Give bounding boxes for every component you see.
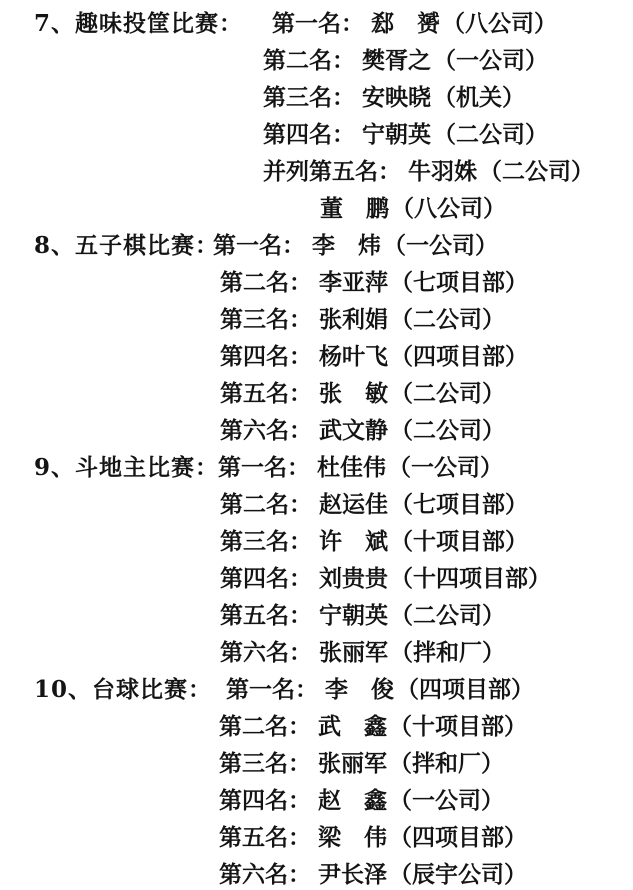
winner-org: （四项目部）	[390, 343, 528, 370]
winner-name: 宁朝英	[319, 602, 388, 629]
section-9-line-6: 第六名：张丽军（拌和厂）	[0, 634, 633, 671]
rank-label: 第三名：	[220, 528, 312, 555]
winner-org: （十四项目部）	[390, 565, 551, 592]
rank-label: 第四名：	[220, 343, 312, 370]
rank-label: 第二名：	[220, 269, 312, 296]
winner-org: （二公司）	[433, 121, 548, 148]
winner-org: （二公司）	[479, 158, 594, 185]
rank-label: 第四名：	[219, 787, 311, 814]
section-8-line-2: 第二名：李亚萍（七项目部）	[0, 264, 633, 301]
winner-name: 樊胥之	[362, 47, 431, 74]
section-7-line-5: 并列第五名：牛羽姝（二公司）	[0, 153, 633, 190]
rank-label: 第六名：	[219, 861, 311, 888]
winner-org: （七项目部）	[390, 269, 528, 296]
winner-name: 尹长泽	[318, 861, 387, 888]
winner-name: 赵 鑫	[318, 787, 387, 814]
winner-org: （拌和厂）	[389, 750, 504, 777]
section-10-line-3: 第三名：张丽军（拌和厂）	[0, 745, 633, 782]
rank-label: 第三名：	[220, 306, 312, 333]
rank-label: 并列第五名：	[263, 158, 401, 185]
section-7-line-2: 第二名：樊胥之（一公司）	[0, 42, 633, 79]
winner-org: （辰宇公司）	[389, 861, 527, 888]
rank-label: 第五名：	[220, 602, 312, 629]
winner-name: 张丽军	[319, 639, 388, 666]
winner-name: 张 敏	[319, 380, 388, 407]
section-9-line-3: 第三名：许 斌（十项目部）	[0, 523, 633, 560]
winner-org: （拌和厂）	[390, 639, 505, 666]
winner-org: （四项目部）	[396, 676, 534, 703]
rank-label: 第三名：	[263, 84, 355, 111]
section-8-line-4: 第四名：杨叶飞（四项目部）	[0, 338, 633, 375]
winner-name: 安映晓	[362, 84, 431, 111]
winner-org: （二公司）	[390, 602, 505, 629]
rank-label: 第二名：	[220, 491, 312, 518]
winner-name: 张丽军	[318, 750, 387, 777]
winner-org: （二公司）	[390, 306, 505, 333]
winner-org: （八公司）	[442, 10, 557, 37]
rank-label: 第三名：	[219, 750, 311, 777]
winner-org: （八公司）	[391, 195, 506, 222]
winner-name: 赵运佳	[319, 491, 388, 518]
winner-name: 牛羽姝	[408, 158, 477, 185]
section-9-title: 9、斗地主比赛：	[34, 449, 219, 486]
section-10-line-2: 第二名：武 鑫（十项目部）	[0, 708, 633, 745]
winner-name: 许 斌	[319, 528, 388, 555]
winner-name: 李 俊	[325, 676, 394, 703]
rank-label: 第一名：	[213, 232, 305, 259]
winner-org: （一公司）	[383, 232, 498, 259]
rank-label: 第四名：	[220, 565, 312, 592]
winner-name: 杜佳伟	[317, 454, 386, 481]
rank-label: 第二名：	[263, 47, 355, 74]
winner-org: （一公司）	[388, 454, 503, 481]
section-9-line-5: 第五名：宁朝英（二公司）	[0, 597, 633, 634]
winner-org: （二公司）	[390, 417, 505, 444]
winner-name: 李 炜	[312, 232, 381, 259]
section-8-title: 8、五子棋比赛：	[34, 227, 219, 264]
section-7-line-6: 董 鹏（八公司）	[0, 190, 633, 227]
section-10-title: 10、台球比赛：	[34, 671, 212, 708]
winner-org: （四项目部）	[389, 824, 527, 851]
rank-label: 第六名：	[220, 417, 312, 444]
section-8-line-1: 8、五子棋比赛： 第一名：李 炜（一公司）	[0, 227, 633, 264]
winner-name: 董 鹏	[320, 195, 389, 222]
winner-org: （机关）	[433, 84, 525, 111]
section-10-line-1: 10、台球比赛： 第一名：李 俊（四项目部）	[0, 671, 633, 708]
section-8-line-5: 第五名：张 敏（二公司）	[0, 375, 633, 412]
winner-org: （七项目部）	[390, 491, 528, 518]
winner-name: 郄 赟	[371, 10, 440, 37]
winner-name: 梁 伟	[318, 824, 387, 851]
section-8-line-3: 第三名：张利娟（二公司）	[0, 301, 633, 338]
rank-label: 第四名：	[263, 121, 355, 148]
section-10-line-6: 第六名：尹长泽（辰宇公司）	[0, 856, 633, 890]
winner-org: （十项目部）	[389, 713, 527, 740]
rank-label: 第一名：	[272, 10, 364, 37]
section-7-line-4: 第四名：宁朝英（二公司）	[0, 116, 633, 153]
section-9-line-4: 第四名：刘贵贵（十四项目部）	[0, 560, 633, 597]
winner-org: （十项目部）	[390, 528, 528, 555]
winner-name: 李亚萍	[319, 269, 388, 296]
section-7-line-1: 7、趣味投筐比赛： 第一名：郄 赟（八公司）	[0, 5, 633, 42]
winner-name: 武 鑫	[318, 713, 387, 740]
section-9-line-1: 9、斗地主比赛： 第一名：杜佳伟（一公司）	[0, 449, 633, 486]
winner-name: 杨叶飞	[319, 343, 388, 370]
rank-label: 第一名：	[226, 676, 318, 703]
section-7-title: 7、趣味投筐比赛：	[34, 5, 243, 42]
rank-label: 第五名：	[220, 380, 312, 407]
winner-org: （一公司）	[389, 787, 504, 814]
section-8-line-6: 第六名：武文静（二公司）	[0, 412, 633, 449]
section-7-line-3: 第三名：安映晓（机关）	[0, 79, 633, 116]
rank-label: 第一名：	[218, 454, 310, 481]
section-9-line-2: 第二名：赵运佳（七项目部）	[0, 486, 633, 523]
rank-label: 第五名：	[219, 824, 311, 851]
section-10-line-4: 第四名：赵 鑫（一公司）	[0, 782, 633, 819]
winner-name: 张利娟	[319, 306, 388, 333]
winner-org: （一公司）	[433, 47, 548, 74]
winner-name: 刘贵贵	[319, 565, 388, 592]
rank-label: 第二名：	[219, 713, 311, 740]
winner-name: 宁朝英	[362, 121, 431, 148]
results-document: 7、趣味投筐比赛： 第一名：郄 赟（八公司） 第二名：樊胥之（一公司） 第三名：…	[0, 0, 633, 890]
section-10-line-5: 第五名：梁 伟（四项目部）	[0, 819, 633, 856]
winner-name: 武文静	[319, 417, 388, 444]
winner-org: （二公司）	[390, 380, 505, 407]
rank-label: 第六名：	[220, 639, 312, 666]
